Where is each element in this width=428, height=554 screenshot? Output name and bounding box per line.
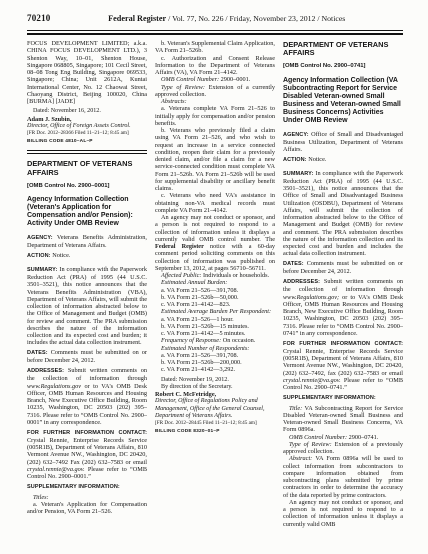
affected-label: Affected Public: bbox=[161, 272, 201, 279]
va2-dates: DATES: Comments must be submitted on or … bbox=[283, 260, 403, 276]
addresses-post: or to VA's OMB Desk Officer, OMB Human R… bbox=[283, 294, 403, 337]
annual-burden-heading: Estimated Annual Burden: bbox=[155, 279, 275, 286]
avg-burden-heading: Estimated Average Burden Per Respondent: bbox=[155, 308, 275, 315]
respondents-item-c: c. VA Form 21–4142—3,292. bbox=[155, 366, 275, 373]
affected-value: Individuals or households. bbox=[201, 272, 269, 279]
summary-label: SUMMARY: bbox=[27, 267, 57, 273]
contact-label: FOR FURTHER INFORMATION CONTACT: bbox=[27, 430, 147, 436]
va2-abstract: Abstract: VA Form 0896a will be used to … bbox=[283, 455, 403, 499]
summary-text: In compliance with the Paperwork Reducti… bbox=[283, 170, 403, 258]
contact-email: crystal.rennie@va.gov. bbox=[283, 377, 341, 384]
addresses-label: ADDRESSES: bbox=[27, 368, 64, 374]
affected-public: Affected Public: Individuals or househol… bbox=[155, 272, 275, 279]
va1-addresses: ADDRESSES: Submit written comments on th… bbox=[27, 367, 147, 426]
va2-agency-sponsor-paragraph: An agency may not conduct or sponsor, an… bbox=[283, 499, 403, 528]
va1-title-item-a: a. Veteran's Application for Compensatio… bbox=[27, 501, 147, 516]
summary-text: In compliance with the Paperwork Reducti… bbox=[27, 266, 147, 347]
omb-number-value: 2900–0741. bbox=[347, 434, 378, 441]
title-item-b: b. Veteran's Supplemental Claim Applicat… bbox=[155, 40, 275, 55]
supplementary-label: SUPPLEMENTARY INFORMATION: bbox=[283, 395, 376, 401]
va2-contact: FOR FURTHER INFORMATION CONTACT: Crystal… bbox=[283, 340, 403, 392]
ofac-address: FOCUS DEVELOPMENT LIMITED; a.k.a. CHINA … bbox=[27, 40, 147, 105]
columns: FOCUS DEVELOPMENT LIMITED; a.k.a. CHINA … bbox=[27, 40, 403, 550]
contact-label: FOR FURTHER INFORMATION CONTACT: bbox=[283, 341, 403, 347]
va1-supplementary: SUPPLEMENTARY INFORMATION: bbox=[27, 483, 147, 491]
type-of-review: Type of Review: Extension of a currently… bbox=[155, 84, 275, 99]
contact-pre: Crystal Rennie, Enterprise Records Servi… bbox=[27, 437, 147, 466]
va1-contact: FOR FURTHER INFORMATION CONTACT: Crystal… bbox=[27, 429, 147, 481]
respondents-heading: Estimated Number of Respondents: bbox=[155, 345, 275, 352]
contact-pre: Crystal Rennie, Enterprise Records Servi… bbox=[283, 348, 403, 377]
abstracts-heading: Abstracts: bbox=[155, 98, 275, 105]
ofac-signer-title: Director, Office of Foreign Assets Contr… bbox=[27, 123, 147, 130]
abstract-item-a: a. Veterans complete VA Form 21–526 to i… bbox=[155, 105, 275, 127]
va2-notice-title: Agency Information Collection (VA Subcon… bbox=[283, 77, 403, 125]
header-citation: Federal Register / Vol. 77, No. 226 / Fr… bbox=[51, 14, 404, 23]
respondents-item-b: b. VA Form 21–526b—200,000. bbox=[155, 359, 275, 366]
regulations-gov-link: www.Regulations.gov bbox=[27, 383, 81, 390]
issue-info: / Vol. 77, No. 226 / Friday, November 23… bbox=[168, 14, 345, 23]
va1-notice-title: Agency Information Collection (Veteran's… bbox=[27, 196, 147, 228]
abstract-label: Abstract: bbox=[289, 455, 312, 462]
va1-agency: AGENCY: Veterans Benefits Administration… bbox=[27, 234, 147, 250]
agency-para-pre: An agency may not conduct or sponsor, an… bbox=[155, 214, 275, 243]
regulations-gov-link: www.Regulations.gov; bbox=[283, 294, 339, 301]
ofac-dated: Dated: November 16, 2012. bbox=[27, 108, 147, 115]
supplementary-label: SUPPLEMENTARY INFORMATION: bbox=[27, 484, 120, 490]
summary-label: SUMMARY: bbox=[283, 171, 313, 177]
avg-item-b: b. VA Form 21–526b—15 minutes. bbox=[155, 323, 275, 330]
dates-label: DATES: bbox=[27, 350, 48, 356]
agency-sponsor-paragraph: An agency may not conduct or sponsor, an… bbox=[155, 214, 275, 272]
title-item-c: c. Authorization and Consent Release Inf… bbox=[155, 55, 275, 77]
va2-action: ACTION: Notice. bbox=[283, 156, 403, 164]
ofac-billing-code: BILLING CODE 4810–AL–P bbox=[27, 138, 147, 145]
va2-omb-control: [OMB Control No. 2900–0741] bbox=[283, 63, 403, 70]
va2-agency: AGENCY: Office of Small and Disadvantage… bbox=[283, 131, 403, 154]
omb-number-label: OMB Control Number: bbox=[161, 76, 219, 83]
abstract-item-b: b. Veterans who previously filed a claim… bbox=[155, 127, 275, 192]
addresses-post: or to VA's OMB Desk Officer, OMB Human R… bbox=[27, 383, 147, 426]
respondents-item-a: a. VA Form 21–526—391,708. bbox=[155, 352, 275, 359]
header-rule bbox=[27, 30, 403, 35]
type-label: Type of Review: bbox=[289, 441, 332, 448]
page-header: 70210 Federal Register / Vol. 77, No. 22… bbox=[27, 13, 403, 23]
frequency-of-response: Frequency of Response: On occasion. bbox=[155, 337, 275, 344]
federal-register-page: 70210 Federal Register / Vol. 77, No. 22… bbox=[0, 0, 428, 554]
action-text: Notice. bbox=[308, 156, 326, 163]
contact-email: crystal.rennie@va.gov. bbox=[27, 466, 85, 473]
action-label: ACTION: bbox=[283, 157, 307, 163]
burden-item-b: b. VA Form 21–526b—50,000. bbox=[155, 294, 275, 301]
frequency-value: On occasion. bbox=[221, 337, 255, 344]
burden-item-c: c. VA Form 21–4142—823. bbox=[155, 301, 275, 308]
va2-supplementary: SUPPLEMENTARY INFORMATION: bbox=[283, 394, 403, 402]
section-separator bbox=[27, 150, 147, 154]
va1-summary: SUMMARY: In compliance with the Paperwor… bbox=[27, 266, 147, 347]
va1-dates: DATES: Comments must be submitted on or … bbox=[27, 349, 147, 365]
frequency-label: Frequency of Response: bbox=[161, 337, 221, 344]
omb-number-value: 2900–0001. bbox=[219, 76, 250, 83]
va1-omb-control: [OMB Control No. 2900–0001] bbox=[27, 183, 147, 190]
action-label: ACTION: bbox=[27, 253, 51, 259]
action-text: Notice. bbox=[52, 252, 70, 259]
va2-summary: SUMMARY: In compliance with the Paperwor… bbox=[283, 170, 403, 258]
va1-fr-doc: [FR Doc. 2012–28445 Filed 11–21–12; 8:45… bbox=[155, 420, 275, 426]
abstract-item-c: c. Veterans who need VA's assistance in … bbox=[155, 192, 275, 214]
avg-item-c: c. VA Form 21–4142—5 minutes. bbox=[155, 330, 275, 337]
va2-addresses: ADDRESSES: Submit written comments on th… bbox=[283, 278, 403, 337]
ofac-fr-doc: [FR Doc. 2012–28366 Filed 11–21–12; 8:45… bbox=[27, 130, 147, 136]
title-label: Title: bbox=[289, 405, 302, 412]
agency-label: AGENCY: bbox=[27, 235, 53, 241]
federal-register-bold: Federal Register bbox=[155, 243, 204, 250]
addresses-label: ADDRESSES: bbox=[283, 279, 320, 285]
va1-department-heading: DEPARTMENT OF VETERANS AFFAIRS bbox=[27, 160, 147, 176]
dates-label: DATES: bbox=[283, 261, 304, 267]
right-column: DEPARTMENT OF VETERANS AFFAIRS [OMB Cont… bbox=[283, 40, 403, 550]
middle-column: b. Veteran's Supplemental Claim Applicat… bbox=[155, 40, 275, 550]
burden-item-a: a. VA Form 21–526—391,708. bbox=[155, 287, 275, 294]
page-number: 70210 bbox=[27, 13, 51, 23]
omb-control-number: OMB Control Number: 2900–0001. bbox=[155, 76, 275, 83]
va1-action: ACTION: Notice. bbox=[27, 252, 147, 260]
abstract-value: VA Form 0896a will be used to collect in… bbox=[283, 455, 403, 498]
va1-titles-heading: Titles: bbox=[27, 494, 147, 501]
omb-number-label: OMB Control Number: bbox=[289, 434, 347, 441]
ofac-signer: Adam J. Szubin, bbox=[27, 116, 147, 123]
by-direction: By direction of the Secretary. bbox=[155, 384, 275, 391]
left-column: FOCUS DEVELOPMENT LIMITED; a.k.a. CHINA … bbox=[27, 40, 147, 550]
va2-title-line: Title: VA Subcontracting Report for Serv… bbox=[283, 405, 403, 434]
va1-billing-code: BILLING CODE 8320–01–P bbox=[155, 428, 275, 435]
va2-omb-number: OMB Control Number: 2900–0741. bbox=[283, 434, 403, 441]
va2-department-heading: DEPARTMENT OF VETERANS AFFAIRS bbox=[283, 41, 403, 57]
avg-item-a: a. VA Form 21–526—1 hour. bbox=[155, 316, 275, 323]
va1-dated: Dated: November 19, 2012. bbox=[155, 377, 275, 384]
journal-name: Federal Register bbox=[108, 14, 166, 23]
type-label: Type of Review: bbox=[161, 84, 205, 91]
va1-signer-title: Director, Office of Regulations Policy a… bbox=[155, 398, 275, 420]
va2-type-of-review: Type of Review: Extension of a previousl… bbox=[283, 441, 403, 456]
agency-label: AGENCY: bbox=[283, 132, 309, 138]
